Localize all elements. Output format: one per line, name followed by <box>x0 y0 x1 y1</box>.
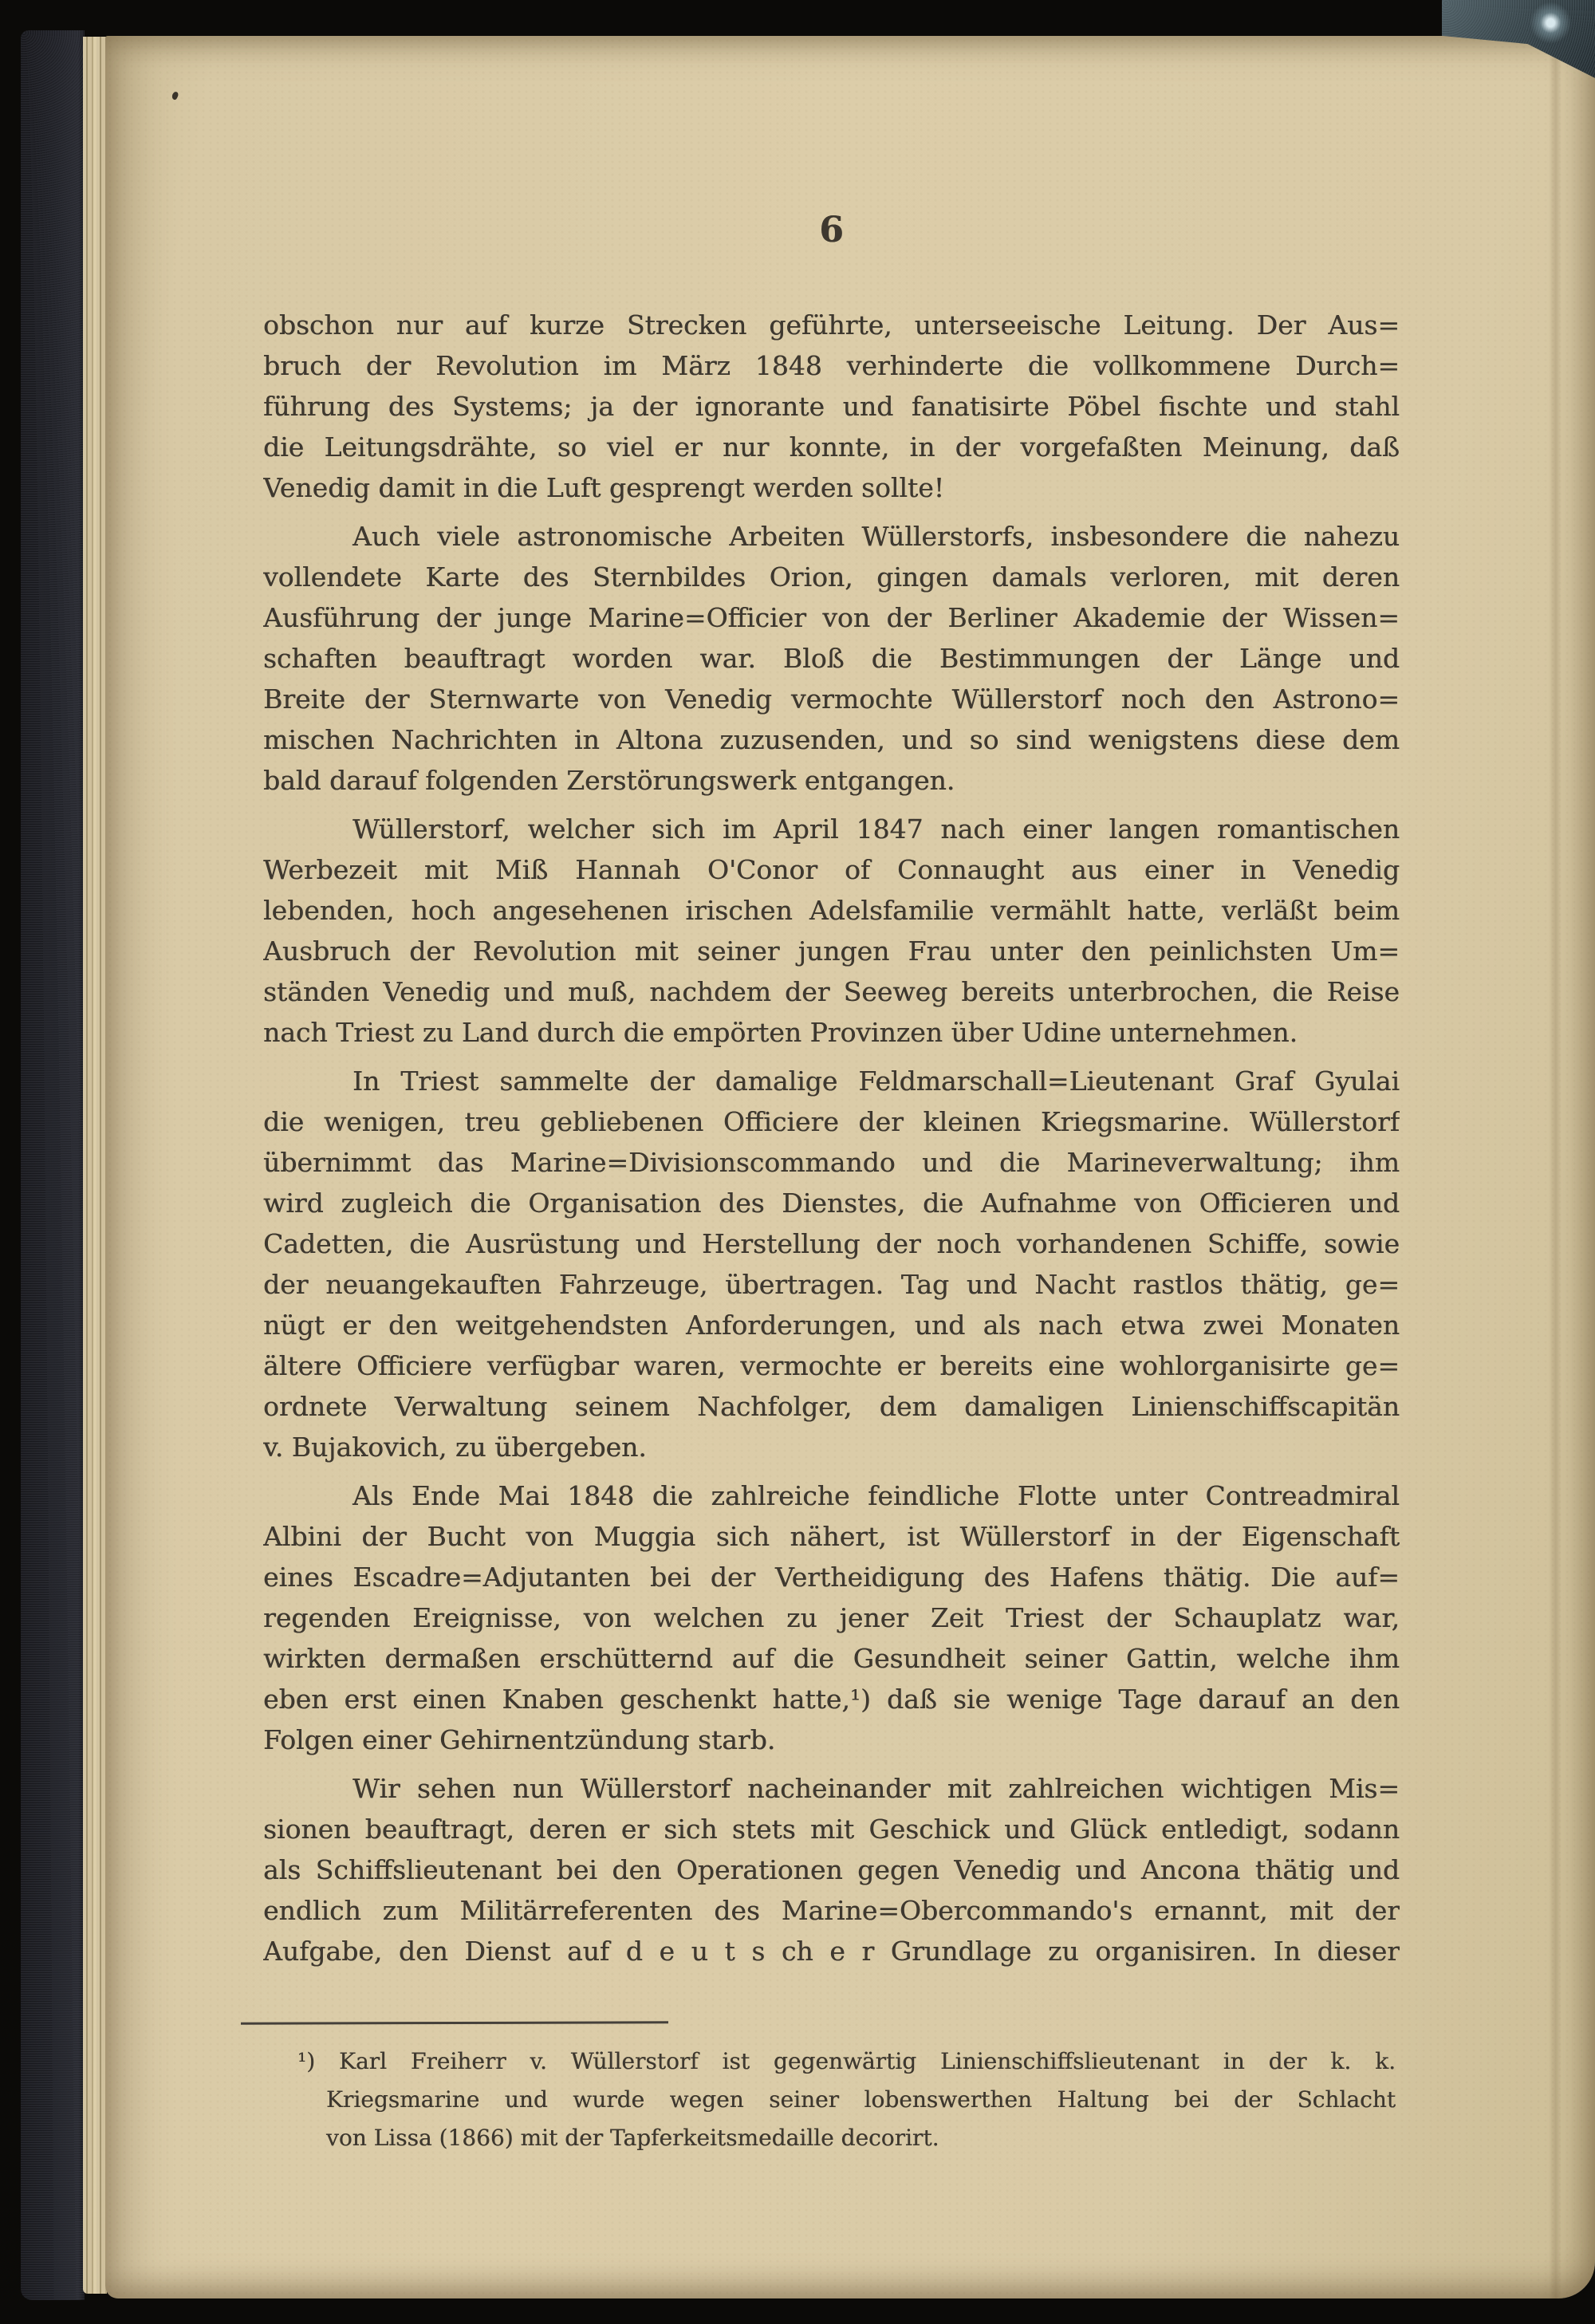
text-line: obschon nur auf kurze Strecken geführte,… <box>263 305 1400 345</box>
text-line: eben erst einen Knaben geschenkt hatte,¹… <box>263 1679 1400 1719</box>
text-line: Auch viele astronomische Arbeiten Wüller… <box>263 516 1400 557</box>
book-scan: 6 obschon nur auf kurze Strecken geführt… <box>0 0 1595 2324</box>
footnote-line: von Lissa (1866) mit der Tapferkeitsmeda… <box>297 2119 1396 2157</box>
footnote-line: ¹) Karl Freiherr v. Wüllerstorf ist gege… <box>297 2042 1396 2081</box>
text-line: wirkten dermaßen erschütternd auf die Ge… <box>263 1638 1400 1679</box>
text-line: Aufgabe, den Dienst auf d e u t s ch e r… <box>263 1931 1400 1971</box>
text-line: endlich zum Militärreferenten des Marine… <box>263 1890 1400 1931</box>
paragraph: Wir sehen nun Wüllerstorf nacheinander m… <box>263 1768 1400 1971</box>
text-line: der neuangekauften Fahrzeuge, übertragen… <box>263 1264 1400 1305</box>
text-line: Breite der Sternwarte von Venedig vermoc… <box>263 679 1400 719</box>
text-line: ordnete Verwaltung seinem Nachfolger, de… <box>263 1386 1400 1427</box>
text-line: Folgen einer Gehirnentzündung starb. <box>263 1719 1400 1760</box>
text-line: Albini der Bucht von Muggia sich nähert,… <box>263 1516 1400 1557</box>
text-line: In Triest sammelte der damalige Feldmars… <box>263 1061 1400 1101</box>
text-line: übernimmt das Marine=Divisionscommando u… <box>263 1142 1400 1183</box>
footnote: ¹) Karl Freiherr v. Wüllerstorf ist gege… <box>297 2042 1396 2157</box>
text-line: v. Bujakovich, zu übergeben. <box>263 1427 1400 1467</box>
text-line: Als Ende Mai 1848 die zahlreiche feindli… <box>263 1475 1400 1516</box>
paragraph: obschon nur auf kurze Strecken geführte,… <box>263 305 1400 508</box>
text-line: bald darauf folgenden Zerstörungswerk en… <box>263 760 1400 801</box>
text-line: bruch der Revolution im März 1848 verhin… <box>263 345 1400 386</box>
page-fore-edges <box>83 37 107 2294</box>
text-line: Ausführung der junge Marine=Officier von… <box>263 597 1400 638</box>
text-line: sionen beauftragt, deren er sich stets m… <box>263 1809 1400 1849</box>
text-line: Wir sehen nun Wüllerstorf nacheinander m… <box>263 1768 1400 1809</box>
book-page: 6 obschon nur auf kurze Strecken geführt… <box>105 36 1595 2298</box>
text-line: Werbezeit mit Miß Hannah O'Conor of Conn… <box>263 849 1400 890</box>
text-line: wird zugleich die Organisation des Diens… <box>263 1183 1400 1223</box>
text-line: vollendete Karte des Sternbildes Orion, … <box>263 557 1400 597</box>
text-line: die Leitungsdrähte, so viel er nur konnt… <box>263 427 1400 467</box>
text-line: führung des Systems; ja der ignorante un… <box>263 386 1400 427</box>
text-line: schaften beauftragt worden war. Bloß die… <box>263 638 1400 679</box>
page-number: 6 <box>263 213 1400 248</box>
text-line: regenden Ereignisse, von welchen zu jene… <box>263 1597 1400 1638</box>
text-line: Cadetten, die Ausrüstung und Herstellung… <box>263 1223 1400 1264</box>
paragraph: Auch viele astronomische Arbeiten Wüller… <box>263 516 1400 801</box>
paragraph: Wüllerstorf, welcher sich im April 1847 … <box>263 809 1400 1053</box>
text-line: ältere Officiere verfügbar waren, vermoc… <box>263 1345 1400 1386</box>
footnote-line: Kriegsmarine und wurde wegen seiner lobe… <box>297 2081 1396 2119</box>
text-line: nach Triest zu Land durch die empörten P… <box>263 1012 1400 1053</box>
text-line: Venedig damit in die Luft gesprengt werd… <box>263 467 1400 508</box>
text-line: nügt er den weitgehendsten Anforderungen… <box>263 1305 1400 1345</box>
text-line: Ausbruch der Revolution mit seiner junge… <box>263 931 1400 971</box>
footnote-separator <box>241 2021 668 2024</box>
paragraph: In Triest sammelte der damalige Feldmars… <box>263 1061 1400 1467</box>
text-line: ständen Venedig und muß, nachdem der See… <box>263 971 1400 1012</box>
ink-speck <box>171 91 179 100</box>
book-binding-edge <box>21 30 85 2300</box>
paragraph: Als Ende Mai 1848 die zahlreiche feindli… <box>263 1475 1400 1760</box>
text-block: obschon nur auf kurze Strecken geführte,… <box>263 305 1400 1979</box>
text-line: als Schiffslieutenant bei den Operatione… <box>263 1849 1400 1890</box>
text-line: eines Escadre=Adjutanten bei der Verthei… <box>263 1557 1400 1597</box>
text-line: Wüllerstorf, welcher sich im April 1847 … <box>263 809 1400 849</box>
text-line: die wenigen, treu gebliebenen Officiere … <box>263 1101 1400 1142</box>
text-line: lebenden, hoch angesehenen irischen Adel… <box>263 890 1400 931</box>
text-line: mischen Nachrichten in Altona zuzusenden… <box>263 719 1400 760</box>
